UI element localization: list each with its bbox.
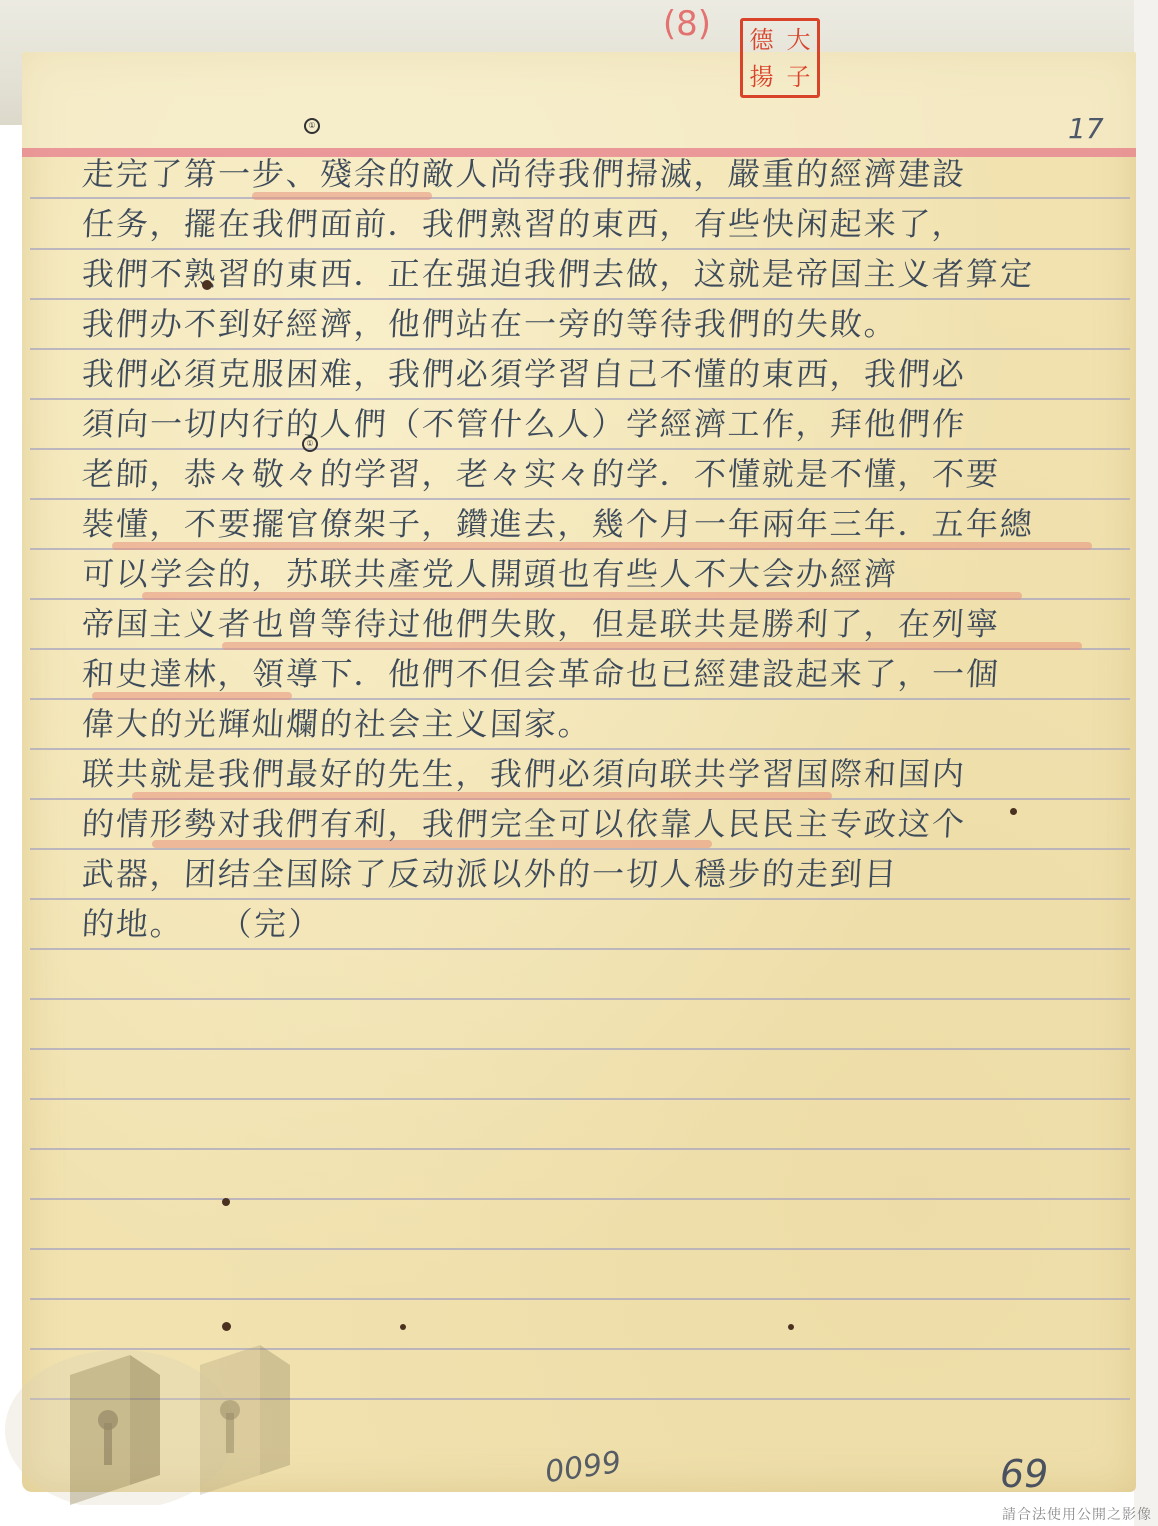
manuscript-line: 我們不熟習的東西．正在强迫我們去做，这就是帝国主义者算定	[81, 252, 1117, 296]
manuscript-line: 的地。 （完）	[81, 902, 1117, 946]
paper-rule	[30, 498, 1130, 500]
circled-annotation-mark: ①	[302, 436, 318, 452]
paper-rule	[30, 1048, 1130, 1050]
ink-spot	[1010, 808, 1017, 815]
paper-rule	[30, 898, 1130, 900]
ink-spot	[222, 1198, 230, 1206]
ink-mark	[1098, 0, 1158, 10]
ink-spot	[222, 1322, 231, 1331]
manuscript-line: 和史達林，領導下．他們不但会革命也已經建設起来了，一個	[81, 652, 1117, 696]
manuscript-line: 联共就是我們最好的先生，我們必須向联共学習国際和国内	[81, 752, 1117, 796]
manuscript-line: 武器，团结全国除了反动派以外的一切人穩步的走到目	[81, 852, 1117, 896]
red-seal-stamp: 德 大 揚 子	[740, 18, 820, 98]
manuscript-line: 可以学会的，苏联共產党人開頭也有些人不大会办經濟	[81, 552, 1117, 596]
seal-char: 揚	[743, 65, 780, 89]
paper-rule	[30, 298, 1130, 300]
paper-rule	[30, 1098, 1130, 1100]
paper-rule	[30, 248, 1130, 250]
archive-building-logo-icon	[0, 1335, 320, 1505]
page-number-bottom: 69	[1000, 1452, 1048, 1496]
seal-char: 德	[743, 28, 780, 52]
usage-notice: 請合法使用公開之影像	[1002, 1504, 1152, 1524]
manuscript-line: 裝懂，不要擺官僚架子，鑽進去，幾个月一年兩年三年．五年總	[81, 502, 1117, 546]
paper-rule	[30, 748, 1130, 750]
ink-spot	[202, 280, 212, 290]
manuscript-sheet: 走完了第一步、殘余的敵人尚待我們掃滅，嚴重的經濟建設 任务，擺在我們面前．我們熟…	[22, 52, 1136, 1492]
seal-char: 大	[780, 28, 817, 52]
manuscript-line: 任务，擺在我們面前．我們熟習的東西，有些快闲起来了，	[81, 202, 1117, 246]
sheet-top-margin	[22, 52, 1136, 148]
paper-rule	[30, 1148, 1130, 1150]
paper-rule	[30, 448, 1130, 450]
manuscript-line: 走完了第一步、殘余的敵人尚待我們掃滅，嚴重的經濟建設	[81, 152, 1117, 196]
ink-spot	[788, 1324, 794, 1330]
circled-annotation-mark: ①	[304, 118, 320, 134]
paper-rule	[30, 998, 1130, 1000]
backing-edge	[1134, 0, 1158, 1526]
manuscript-line: 帝国主义者也曾等待过他們失敗，但是联共是勝利了，在列寧	[81, 602, 1117, 646]
paper-rule	[30, 348, 1130, 350]
paper-rule	[30, 1298, 1130, 1300]
ink-spot	[400, 1324, 406, 1330]
seal-char: 子	[780, 65, 817, 89]
manuscript-line: 老師，恭々敬々的学習，老々实々的学．不懂就是不懂，不要	[81, 452, 1117, 496]
paper-rule	[30, 1248, 1130, 1250]
circled-number-mark: (8)	[652, 0, 722, 48]
manuscript-line: 我們办不到好經濟，他們站在一旁的等待我們的失敗。	[81, 302, 1117, 346]
paper-rule	[30, 197, 1130, 199]
manuscript-line: 偉大的光輝灿爛的社会主义国家。	[81, 702, 1117, 746]
paper-rule	[30, 848, 1130, 850]
page-number-top: 17	[1068, 112, 1104, 145]
manuscript-line: 須向一切内行的人們（不管什么人）学經濟工作，拜他們作	[81, 402, 1117, 446]
manuscript-line: 我們必須克服困难，我們必須学習自己不懂的東西，我們必	[81, 352, 1117, 396]
paper-rule	[30, 1198, 1130, 1200]
paper-rule	[30, 948, 1130, 950]
manuscript-line: 的情形勢对我們有利，我們完全可以依靠人民民主专政这个	[81, 802, 1117, 846]
paper-rule	[30, 398, 1130, 400]
